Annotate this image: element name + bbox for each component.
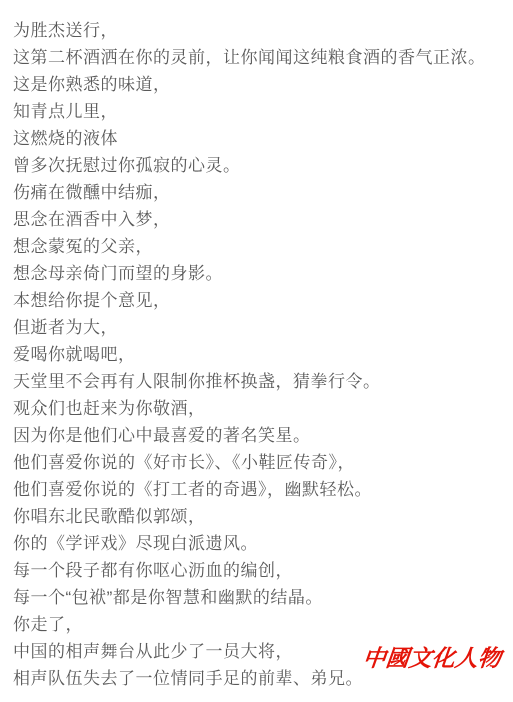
text-line: 知青点儿里， [13,98,509,125]
text-line: 这第二杯酒洒在你的灵前，让你闻闻这纯粮食酒的香气正浓。 [13,44,509,71]
text-line: 每一个“包袱”都是你智慧和幽默的结晶。 [13,584,509,611]
china-cultural-figures-logo: 中國文化人物 [361,640,502,673]
text-line: 他们喜爱你说的《打工者的奇遇》，幽默轻松。 [13,476,509,503]
text-line: 曾多次抚慰过你孤寂的心灵。 [13,152,509,179]
text-line: 每一个段子都有你呕心沥血的编创， [13,557,509,584]
text-line: 这是你熟悉的味道， [13,71,509,98]
article-text: 为胜杰送行，这第二杯酒洒在你的灵前，让你闻闻这纯粮食酒的香气正浓。这是你熟悉的味… [13,17,509,692]
text-line: 你走了， [13,611,509,638]
text-line: 本想给你提个意见， [13,287,509,314]
article-page: 为胜杰送行，这第二杯酒洒在你的灵前，让你闻闻这纯粮食酒的香气正浓。这是你熟悉的味… [0,0,513,702]
text-line: 想念蒙冤的父亲， [13,233,509,260]
text-line: 伤痛在微醺中结痂， [13,179,509,206]
text-line: 你唱东北民歌酷似郭颂， [13,503,509,530]
text-line: 观众们也赶来为你敬酒， [13,395,509,422]
text-line: 为胜杰送行， [13,17,509,44]
text-line: 他们喜爱你说的《好市长》、《小鞋匠传奇》， [13,449,509,476]
text-line: 天堂里不会再有人限制你推杯换盏，猜拳行令。 [13,368,509,395]
text-line: 因为你是他们心中最喜爱的著名笑星。 [13,422,509,449]
text-line: 想念母亲倚门而望的身影。 [13,260,509,287]
text-line: 但逝者为大， [13,314,509,341]
text-line: 思念在酒香中入梦， [13,206,509,233]
text-line: 你的《学评戏》尽现白派遗风。 [13,530,509,557]
text-line: 爱喝你就喝吧， [13,341,509,368]
text-line: 这燃烧的液体 [13,125,509,152]
